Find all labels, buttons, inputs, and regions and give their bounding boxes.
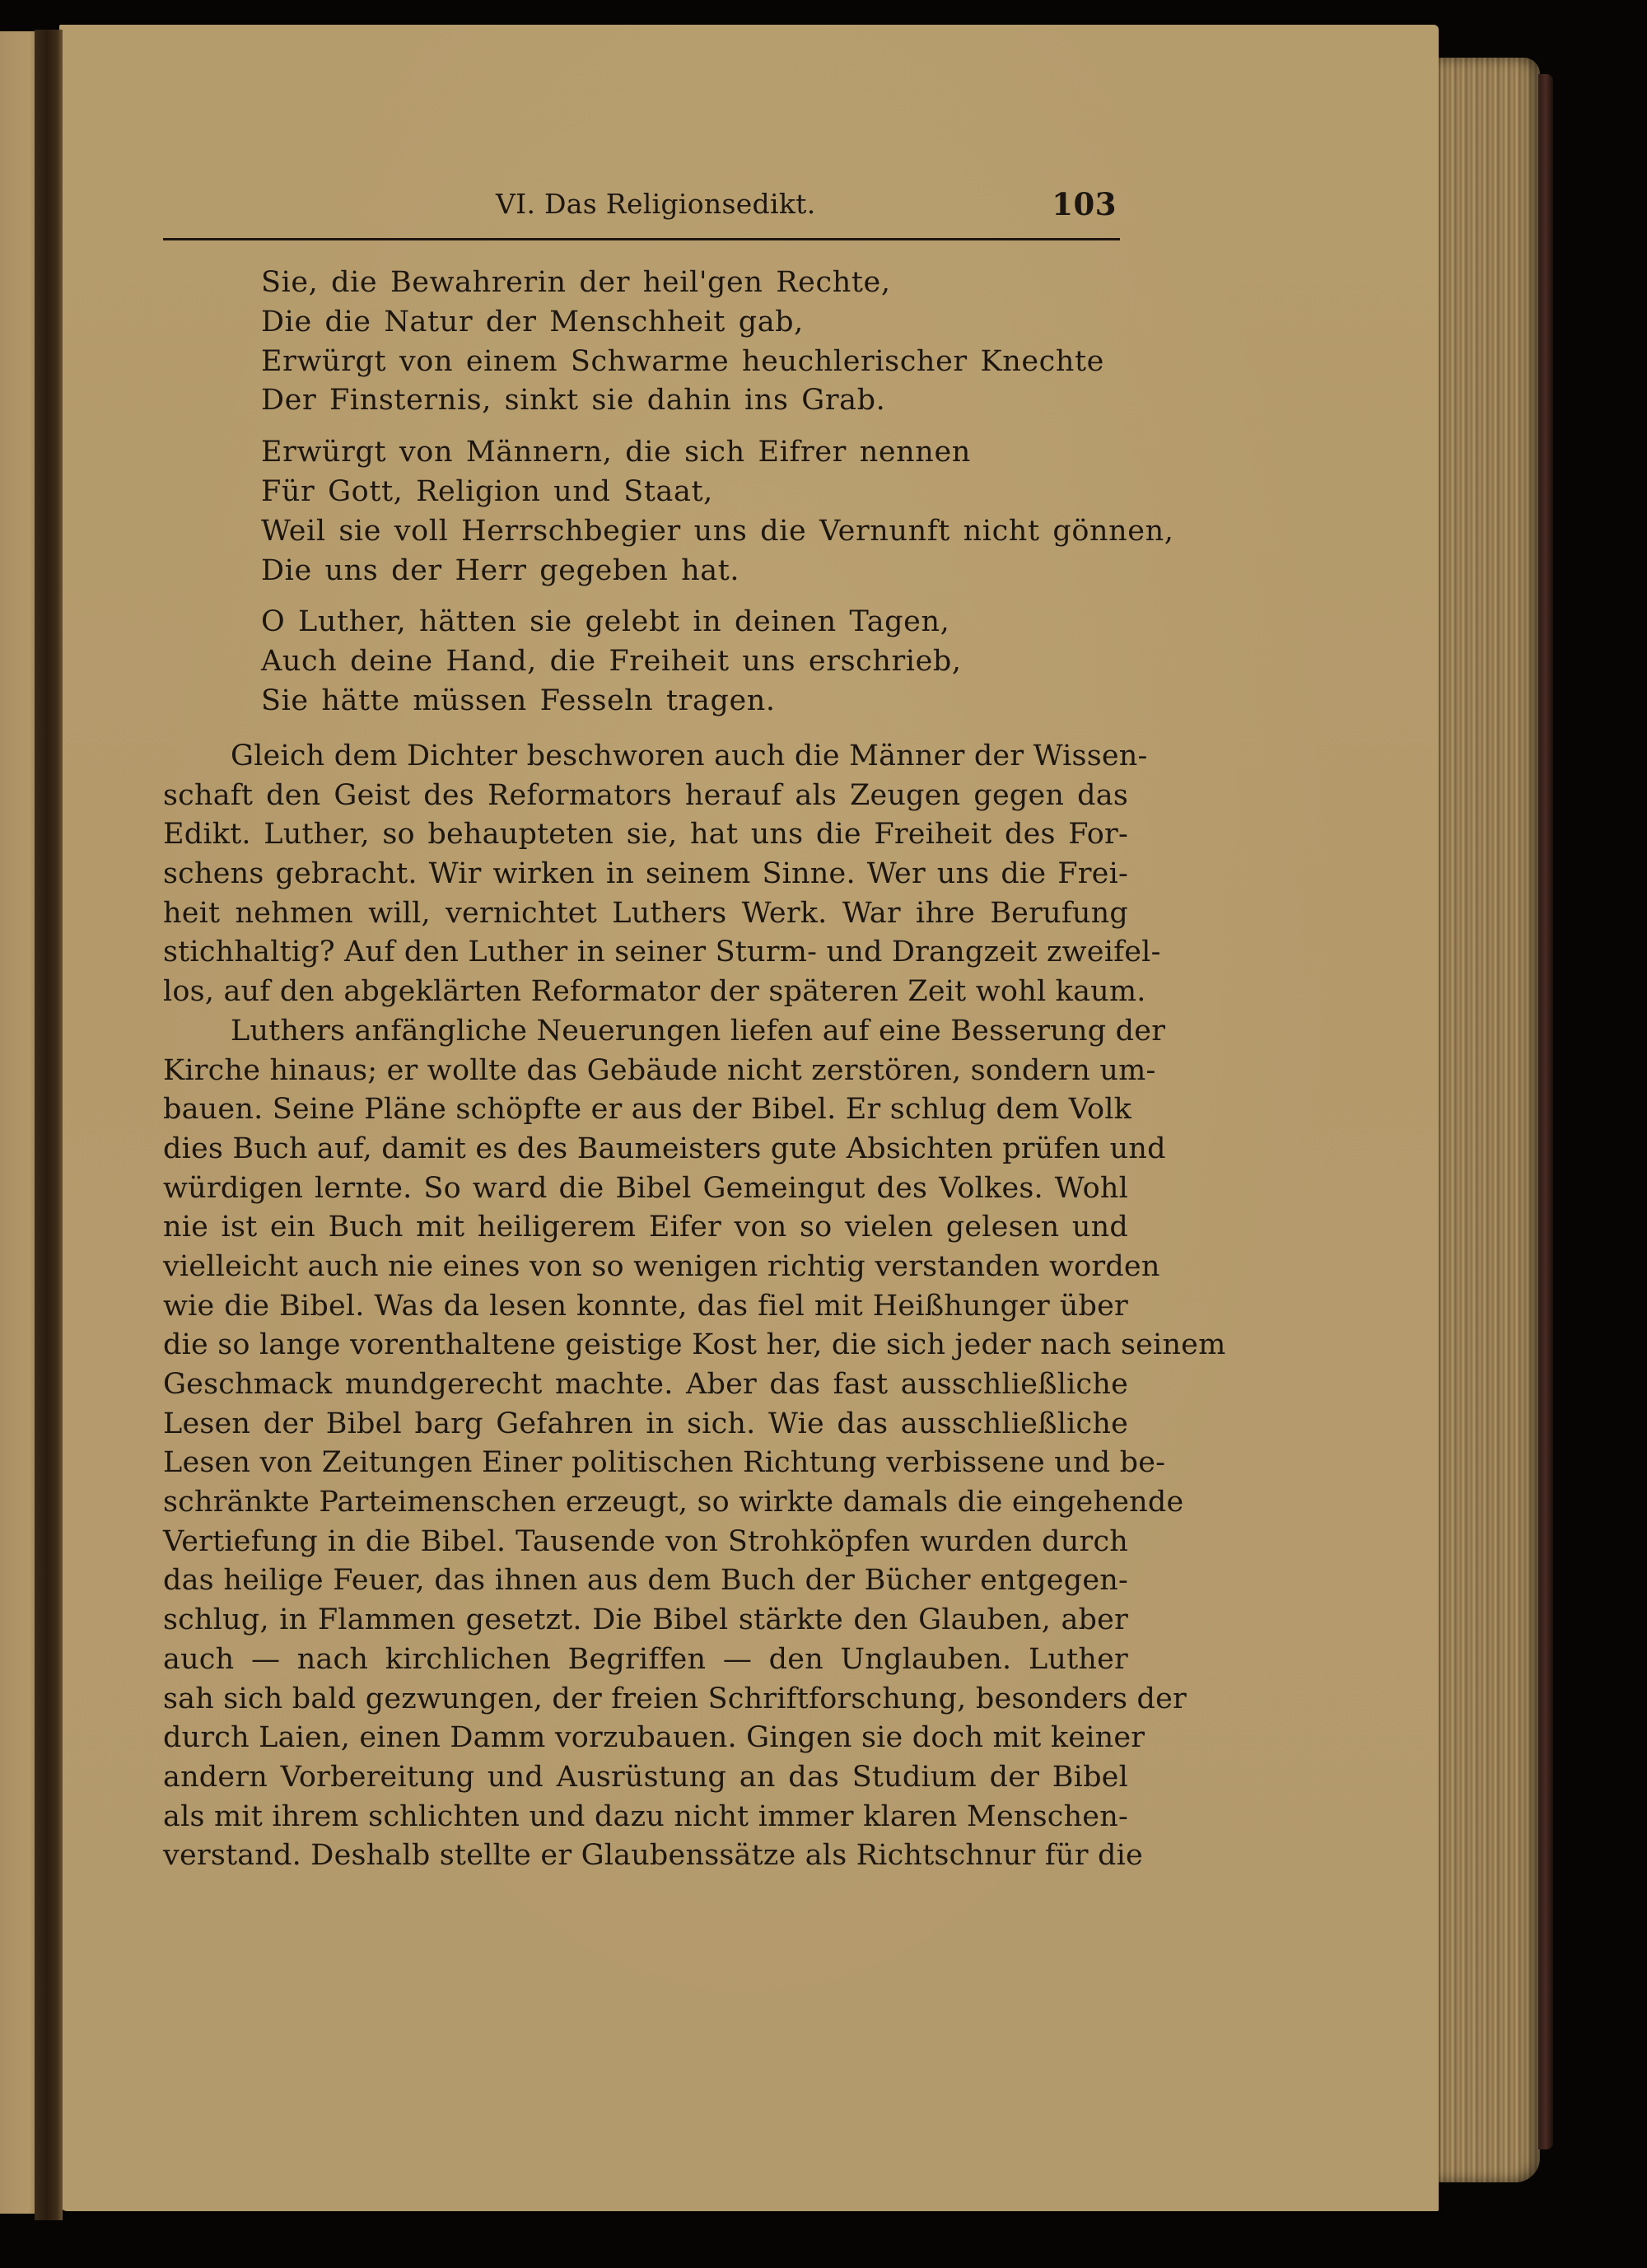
book-gutter <box>35 30 63 2220</box>
poem-stanza: O Luther, hätten sie gelebt in deinen Ta… <box>261 603 1134 721</box>
text-line: schränkte Parteimenschen erzeugt, so wir… <box>163 1483 1128 1523</box>
text-line: los, auf den abgeklärten Reformator der … <box>163 973 1128 1012</box>
text-line: stichhaltig? Auf den Luther in seiner St… <box>163 933 1128 973</box>
text-line: Edikt. Luther, so behaupteten sie, hat u… <box>163 815 1128 855</box>
poem: Sie, die Bewahrerin der heil'gen Rechte,… <box>261 264 1134 734</box>
body-text: Gleich dem Dichter beschworen auch die M… <box>163 737 1128 1876</box>
verse-line: Erwürgt von einem Schwarme heuchlerische… <box>261 343 1134 382</box>
text-line: bauen. Seine Pläne schöpfte er aus der B… <box>163 1090 1128 1130</box>
running-head: VI. Das Religionsedikt. 103 <box>163 188 1120 229</box>
page-stack-edges <box>1437 58 1540 2182</box>
text-line: verstand. Deshalb stellte er Glaubenssät… <box>163 1836 1128 1876</box>
verse-line: O Luther, hätten sie gelebt in deinen Ta… <box>261 603 1134 642</box>
text-line: auch — nach kirchlichen Begriffen — den … <box>163 1640 1128 1680</box>
book-cover-edge <box>1538 74 1553 2149</box>
text-line: schlug, in Flammen gesetzt. Die Bibel st… <box>163 1601 1128 1640</box>
verse-line: Der Finsternis, sinkt sie dahin ins Grab… <box>261 381 1134 421</box>
verse-line: Weil sie voll Herrschbegier uns die Vern… <box>261 512 1134 552</box>
text-line: nie ist ein Buch mit heiligerem Eifer vo… <box>163 1208 1128 1248</box>
text-line: sah sich bald gezwungen, der freien Schr… <box>163 1680 1128 1720</box>
text-line: Lesen der Bibel barg Gefahren in sich. W… <box>163 1405 1128 1444</box>
text-line: das heilige Feuer, das ihnen aus dem Buc… <box>163 1561 1128 1601</box>
text-line: schens gebracht. Wir wirken in seinem Si… <box>163 855 1128 894</box>
text-line: dies Buch auf, damit es des Baumeisters … <box>163 1130 1128 1169</box>
text-line: durch Laien, einen Damm vorzubauen. Ging… <box>163 1719 1128 1758</box>
verse-line: Sie hätte müssen Fesseln tragen. <box>261 682 1134 721</box>
poem-stanza: Erwürgt von Männern, die sich Eifrer nen… <box>261 433 1134 590</box>
verse-line: Sie, die Bewahrerin der heil'gen Rechte, <box>261 264 1134 303</box>
text-line: die so lange vorenthaltene geistige Kost… <box>163 1326 1128 1365</box>
text-line: Geschmack mundgerecht machte. Aber das f… <box>163 1365 1128 1405</box>
verse-line: Für Gott, Religion und Staat, <box>261 473 1134 512</box>
text-line: Luthers anfängliche Neuerungen liefen au… <box>163 1012 1128 1052</box>
header-rule <box>163 238 1120 240</box>
running-title: VI. Das Religionsedikt. <box>496 188 815 220</box>
text-line: schaft den Geist des Reformators herauf … <box>163 777 1128 816</box>
text-line: andern Vorbereitung und Ausrüstung an da… <box>163 1758 1128 1798</box>
text-line: Lesen von Zeitungen Einer politischen Ri… <box>163 1444 1128 1483</box>
poem-stanza: Sie, die Bewahrerin der heil'gen Rechte,… <box>261 264 1134 421</box>
text-line: als mit ihrem schlichten und dazu nicht … <box>163 1798 1128 1837</box>
page-number: 103 <box>1052 186 1117 222</box>
text-line: Gleich dem Dichter beschworen auch die M… <box>163 737 1128 777</box>
text-line: vielleicht auch nie eines von so wenigen… <box>163 1248 1128 1287</box>
text-line: Kirche hinaus; er wollte das Gebäude nic… <box>163 1052 1128 1091</box>
verse-line: Die uns der Herr gegeben hat. <box>261 552 1134 591</box>
verse-line: Die die Natur der Menschheit gab, <box>261 303 1134 343</box>
text-line: Vertiefung in die Bibel. Tausende von St… <box>163 1523 1128 1562</box>
text-line: heit nehmen will, vernichtet Luthers Wer… <box>163 894 1128 934</box>
text-line: würdigen lernte. So ward die Bibel Gemei… <box>163 1169 1128 1209</box>
verse-line: Erwürgt von Männern, die sich Eifrer nen… <box>261 433 1134 473</box>
verse-line: Auch deine Hand, die Freiheit uns erschr… <box>261 642 1134 682</box>
paragraph: Gleich dem Dichter beschworen auch die M… <box>163 737 1128 1012</box>
paragraph: Luthers anfängliche Neuerungen liefen au… <box>163 1012 1128 1876</box>
text-line: wie die Bibel. Was da lesen konnte, das … <box>163 1287 1128 1327</box>
